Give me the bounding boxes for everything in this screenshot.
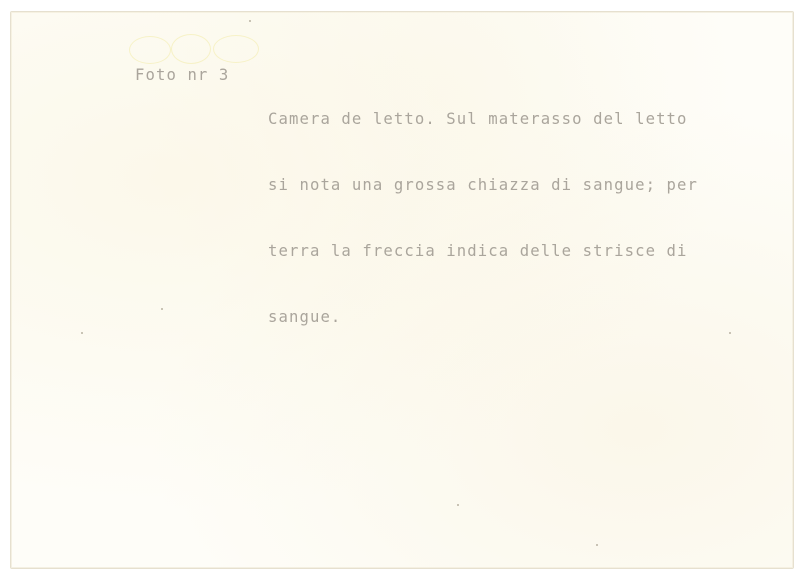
caption-text: Camera de letto. Sul materasso del letto… (268, 64, 698, 372)
paper-speck (249, 20, 251, 22)
paper-speck (81, 332, 83, 334)
caption-line: sangue. (268, 306, 698, 328)
caption-line: Camera de letto. Sul materasso del letto (268, 108, 698, 130)
caption-line: terra la freccia indica delle strisce di (268, 240, 698, 262)
photo-back-card: Foto nr 3 Camera de letto. Sul materasso… (10, 11, 794, 569)
paper-speck (457, 504, 459, 506)
paper-speck (596, 544, 598, 546)
stamp-mark (129, 36, 171, 64)
paper-speck (161, 308, 163, 310)
stamp-mark (213, 35, 259, 63)
paper-speck (729, 332, 731, 334)
stamp-mark (171, 34, 211, 64)
photo-number-label: Foto nr 3 (135, 64, 229, 86)
caption-line: si nota una grossa chiazza di sangue; pe… (268, 174, 698, 196)
faded-stamp (129, 30, 279, 68)
